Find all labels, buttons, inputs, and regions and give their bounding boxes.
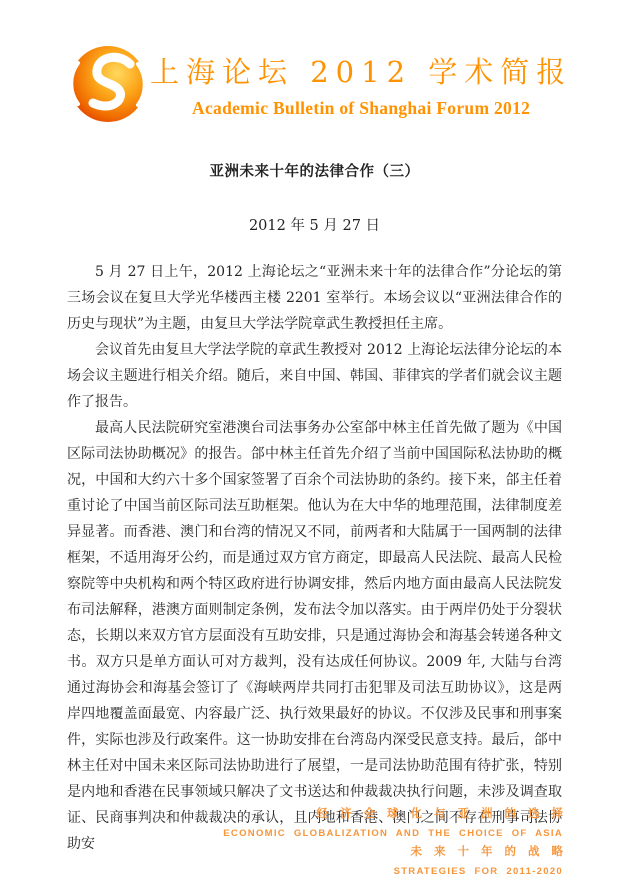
shanghai-forum-logo-icon xyxy=(66,42,150,126)
bulletin-title-cn: 上海论坛 2012 学术简报 xyxy=(150,50,572,91)
bulletin-title-en: Academic Bulletin of Shanghai Forum 2012 xyxy=(150,98,572,119)
bulletin-footer: 经济全球化与亚洲的选择 ECONOMIC GLOBALIZATION AND T… xyxy=(223,805,563,881)
paragraph-3: 最高人民法院研究室港澳台司法事务办公室郃中林主任首先做了题为《中国区际司法协助概… xyxy=(67,415,562,857)
shanghai-forum-logo xyxy=(66,42,150,126)
paragraph-1: 5 月 27 日上午，2012 上海论坛之“亚洲未来十年的法律合作”分论坛的第三… xyxy=(67,259,562,337)
paragraph-2: 会议首先由复旦大学法学院的章武生教授对 2012 上海论坛法律分论坛的本场会议主… xyxy=(67,337,562,415)
article-body: 5 月 27 日上午，2012 上海论坛之“亚洲未来十年的法律合作”分论坛的第三… xyxy=(67,259,562,857)
header-titles: 上海论坛 2012 学术简报 Academic Bulletin of Shan… xyxy=(150,42,572,119)
bulletin-page: 上海论坛 2012 学术简报 Academic Bulletin of Shan… xyxy=(0,0,629,893)
article-date: 2012 年 5 月 27 日 xyxy=(0,214,629,235)
footer-slogan-cn-1: 经济全球化与亚洲的选择 xyxy=(223,805,575,824)
footer-slogan-cn-2: 未来十年的战略 xyxy=(223,843,575,862)
article-title: 亚洲未来十年的法律合作（三） xyxy=(0,160,629,181)
footer-slogan-en-2: STRATEGIES FOR 2011-2020 xyxy=(223,862,563,881)
footer-slogan-en-1: ECONOMIC GLOBALIZATION AND THE CHOICE OF… xyxy=(223,824,563,843)
bulletin-header: 上海论坛 2012 学术简报 Academic Bulletin of Shan… xyxy=(0,0,629,126)
